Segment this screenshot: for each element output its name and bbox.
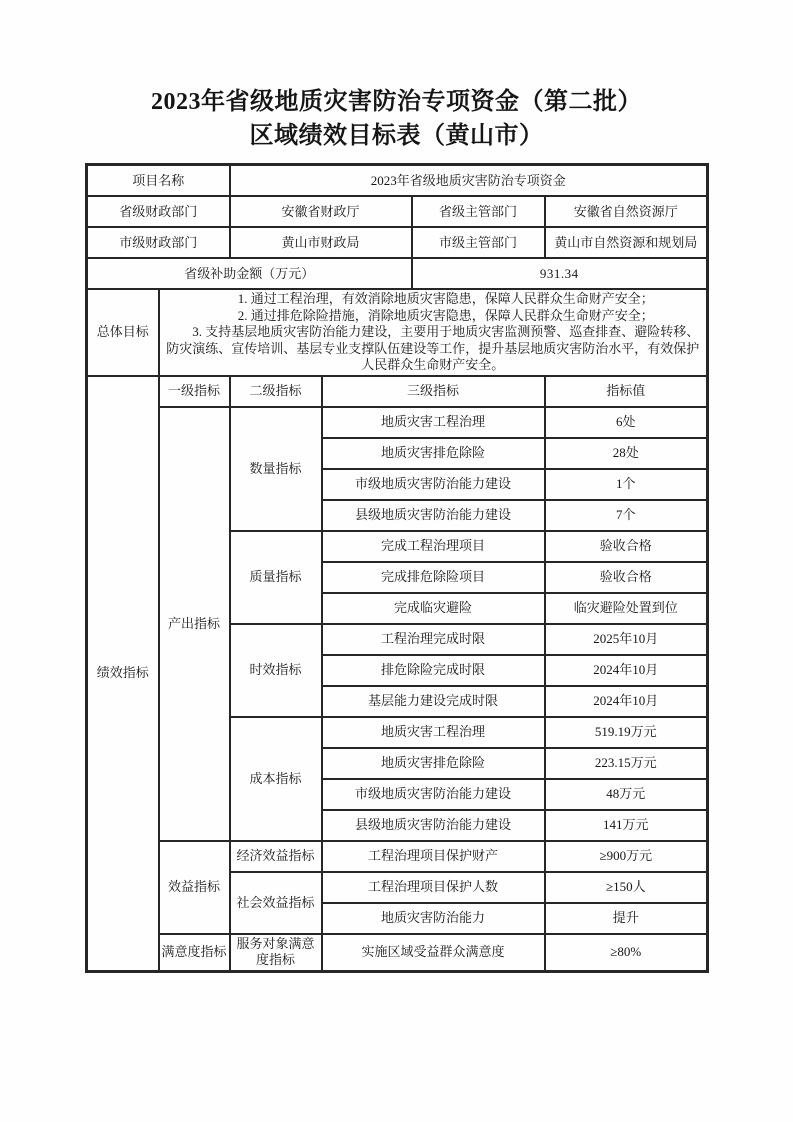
indicator-name-cell: 工程治理项目保护人数	[322, 872, 545, 903]
level2-timeliness-cell: 时效指标	[230, 624, 322, 717]
table-row: 项目名称 2023年省级地质灾害防治专项资金	[87, 165, 708, 197]
indicator-value-cell: 223.15万元	[545, 748, 708, 779]
indicator-name-cell: 市级地质灾害防治能力建设	[322, 779, 545, 810]
performance-target-table: 项目名称 2023年省级地质灾害防治专项资金 省级财政部门 安徽省财政厅 省级主…	[85, 163, 709, 973]
indicator-name-cell: 完成临灾避险	[322, 593, 545, 624]
indicator-name-cell: 基层能力建设完成时限	[322, 686, 545, 717]
indicator-value-cell: 28处	[545, 438, 708, 469]
overall-goal-text-cell: 1. 通过工程治理，有效消除地质灾害隐患，保障人民群众生命财产安全； 2. 通过…	[159, 289, 708, 376]
level1-satisfaction-cell: 满意度指标	[159, 934, 230, 972]
indicator-name-cell: 工程治理完成时限	[322, 624, 545, 655]
scanned-page: 2023年省级地质灾害防治专项资金（第二批） 区域绩效目标表（黄山市） 项目名称…	[0, 0, 793, 1122]
indicator-name-cell: 地质灾害排危除险	[322, 748, 545, 779]
indicator-name-cell: 县级地质灾害防治能力建设	[322, 500, 545, 531]
provincial-authority-label-cell: 省级主管部门	[412, 196, 545, 227]
municipal-authority-label-cell: 市级主管部门	[412, 227, 545, 258]
indicator-name-cell: 市级地质灾害防治能力建设	[322, 469, 545, 500]
indicator-value-cell: 验收合格	[545, 562, 708, 593]
level2-service-satisfaction-cell: 服务对象满意度指标	[230, 934, 322, 972]
document-title: 2023年省级地质灾害防治专项资金（第二批） 区域绩效目标表（黄山市）	[0, 85, 793, 153]
indicator-value-cell: 2025年10月	[545, 624, 708, 655]
indicator-value-cell: 提升	[545, 903, 708, 934]
indicator-value-cell: 141万元	[545, 810, 708, 841]
level2-quality-cell: 质量指标	[230, 531, 322, 624]
provincial-finance-label-cell: 省级财政部门	[87, 196, 230, 227]
indicator-name-cell: 完成排危除险项目	[322, 562, 545, 593]
indicator-value-cell: ≥80%	[545, 934, 708, 972]
doc-title-line1: 2023年省级地质灾害防治专项资金（第二批）	[0, 85, 793, 119]
level2-cost-cell: 成本指标	[230, 717, 322, 841]
indicator-name-cell: 排危除险完成时限	[322, 655, 545, 686]
header-level1-cell: 一级指标	[159, 376, 230, 407]
subsidy-value-cell: 931.34	[412, 258, 708, 289]
subsidy-label-cell: 省级补助金额（万元）	[87, 258, 412, 289]
indicator-value-cell: 2024年10月	[545, 686, 708, 717]
indicator-value-cell: 6处	[545, 407, 708, 438]
table-row: 产出指标 数量指标 地质灾害工程治理 6处	[87, 407, 708, 438]
indicator-name-cell: 地质灾害工程治理	[322, 407, 545, 438]
indicator-value-cell: 1个	[545, 469, 708, 500]
table-row: 省级补助金额（万元） 931.34	[87, 258, 708, 289]
indicator-value-cell: 2024年10月	[545, 655, 708, 686]
goal-item-2: 2. 通过排危除险措施，消除地质灾害隐患，保障人民群众生命财产安全；	[162, 308, 705, 325]
indicator-name-cell: 地质灾害工程治理	[322, 717, 545, 748]
level1-output-cell: 产出指标	[159, 407, 230, 841]
indicator-value-cell: 519.19万元	[545, 717, 708, 748]
indicator-name-cell: 地质灾害排危除险	[322, 438, 545, 469]
goal-item-3: 3. 支持基层地质灾害防治能力建设，主要用于地质灾害监测预警、巡查排查、避险转移…	[162, 324, 705, 374]
table-row: 效益指标 经济效益指标 工程治理项目保护财产 ≥900万元	[87, 841, 708, 872]
provincial-finance-value-cell: 安徽省财政厅	[230, 196, 412, 227]
indicator-value-cell: ≥150人	[545, 872, 708, 903]
provincial-authority-value-cell: 安徽省自然资源厅	[545, 196, 708, 227]
table-row: 市级财政部门 黄山市财政局 市级主管部门 黄山市自然资源和规划局	[87, 227, 708, 258]
project-name-value-cell: 2023年省级地质灾害防治专项资金	[230, 165, 708, 197]
indicator-name-cell: 完成工程治理项目	[322, 531, 545, 562]
indicator-name-cell: 工程治理项目保护财产	[322, 841, 545, 872]
table-row: 绩效指标 一级指标 二级指标 三级指标 指标值	[87, 376, 708, 407]
indicator-name-cell: 县级地质灾害防治能力建设	[322, 810, 545, 841]
level2-economic-benefit-cell: 经济效益指标	[230, 841, 322, 872]
overall-goal-label-cell: 总体目标	[87, 289, 159, 376]
indicator-name-cell: 地质灾害防治能力	[322, 903, 545, 934]
header-level3-cell: 三级指标	[322, 376, 545, 407]
level2-quantity-cell: 数量指标	[230, 407, 322, 531]
table-row: 总体目标 1. 通过工程治理，有效消除地质灾害隐患，保障人民群众生命财产安全； …	[87, 289, 708, 376]
table-row: 省级财政部门 安徽省财政厅 省级主管部门 安徽省自然资源厅	[87, 196, 708, 227]
doc-title-line2: 区域绩效目标表（黄山市）	[0, 119, 793, 153]
municipal-authority-value-cell: 黄山市自然资源和规划局	[545, 227, 708, 258]
municipal-finance-value-cell: 黄山市财政局	[230, 227, 412, 258]
indicator-value-cell: 临灾避险处置到位	[545, 593, 708, 624]
municipal-finance-label-cell: 市级财政部门	[87, 227, 230, 258]
header-value-cell: 指标值	[545, 376, 708, 407]
indicator-value-cell: 48万元	[545, 779, 708, 810]
indicator-value-cell: 7个	[545, 500, 708, 531]
indicator-name-cell: 实施区域受益群众满意度	[322, 934, 545, 972]
header-level2-cell: 二级指标	[230, 376, 322, 407]
project-name-label-cell: 项目名称	[87, 165, 230, 197]
table-row: 满意度指标 服务对象满意度指标 实施区域受益群众满意度 ≥80%	[87, 934, 708, 972]
indicator-value-cell: ≥900万元	[545, 841, 708, 872]
indicator-value-cell: 验收合格	[545, 531, 708, 562]
goal-item-1: 1. 通过工程治理，有效消除地质灾害隐患，保障人民群众生命财产安全；	[162, 291, 705, 308]
level1-benefit-cell: 效益指标	[159, 841, 230, 934]
performance-section-label-cell: 绩效指标	[87, 376, 159, 972]
level2-social-benefit-cell: 社会效益指标	[230, 872, 322, 934]
